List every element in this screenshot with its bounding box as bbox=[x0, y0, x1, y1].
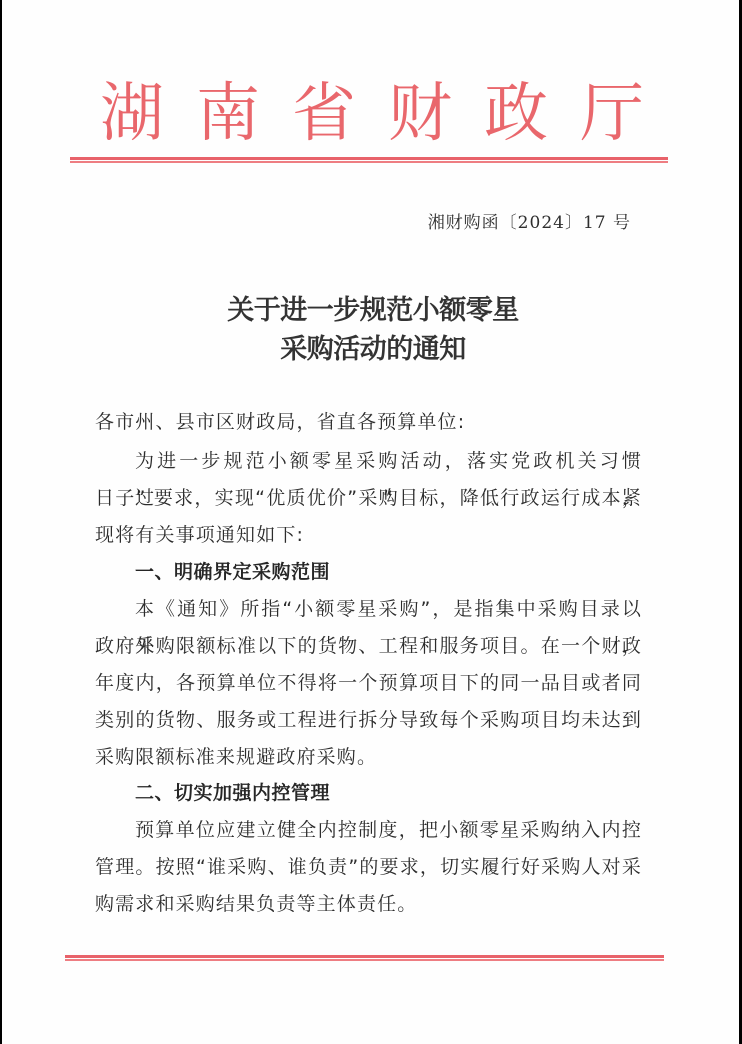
rule-thin-line bbox=[65, 959, 664, 961]
paragraph-line: 预算单位应建立健全内控制度，把小额零星采购纳入内控 bbox=[95, 812, 642, 849]
paragraph-line: 管理。按照“谁采购、谁负责”的要求，切实履行好采购人对采 bbox=[95, 849, 642, 886]
document-page: 湖 南 省 财 政 厅 湘财购函〔2024〕17 号 关于进一步规范小额零星 采… bbox=[0, 0, 742, 1044]
letterhead-char: 南 bbox=[188, 74, 268, 154]
intro-paragraph: 为进一步规范小额零星采购活动，落实党政机关习惯过“紧 日子” 要求，实现“优质优… bbox=[95, 443, 642, 554]
rule-thin-line bbox=[70, 161, 668, 163]
letterhead-char: 政 bbox=[476, 74, 556, 154]
letterhead-char: 湖 bbox=[92, 74, 172, 154]
letterhead-red-rule bbox=[70, 157, 668, 163]
document-title-line-1: 关于进一步规范小额零星 bbox=[2, 288, 742, 327]
document-title-line-2: 采购活动的通知 bbox=[2, 327, 742, 366]
paragraph-line: 类别的货物、服务或工程进行拆分导致每个采购项目均未达到 bbox=[95, 702, 642, 739]
section-heading-2: 二、切实加强内控管理 bbox=[135, 775, 330, 812]
paragraph-line: 本《通知》所指“小额零星采购”，是指集中采购目录以外， bbox=[95, 591, 642, 628]
salutation-text: 各市州、县市区财政局，省直各预算单位: bbox=[95, 404, 642, 441]
rule-thick-line bbox=[70, 157, 668, 160]
paragraph-line: 现将有关事项通知如下: bbox=[95, 517, 642, 554]
paragraph-line: 为进一步规范小额零星采购活动，落实党政机关习惯过“紧 bbox=[95, 443, 642, 480]
section-2-paragraph: 预算单位应建立健全内控制度，把小额零星采购纳入内控 管理。按照“谁采购、谁负责”… bbox=[95, 812, 642, 923]
section-heading-1: 一、明确界定采购范围 bbox=[135, 554, 330, 591]
letterhead-char: 财 bbox=[380, 74, 460, 154]
paragraph-line: 年度内，各预算单位不得将一个预算项目下的同一品目或者同 bbox=[95, 665, 642, 702]
salutation: 各市州、县市区财政局，省直各预算单位: bbox=[95, 404, 642, 441]
document-number: 湘财购函〔2024〕17 号 bbox=[428, 208, 631, 233]
rule-thick-line bbox=[65, 955, 664, 958]
letterhead-char: 省 bbox=[284, 74, 364, 154]
letterhead-char: 厅 bbox=[572, 74, 652, 154]
footer-red-rule bbox=[65, 955, 664, 961]
paragraph-line: 采购限额标准来规避政府采购。 bbox=[95, 739, 642, 776]
paragraph-line: 政府采购限额标准以下的货物、工程和服务项目。在一个财政 bbox=[95, 628, 642, 665]
section-1-paragraph: 本《通知》所指“小额零星采购”，是指集中采购目录以外， 政府采购限额标准以下的货… bbox=[95, 591, 642, 776]
paragraph-line: 日子” 要求，实现“优质优价”采购目标，降低行政运行成本， bbox=[95, 480, 642, 517]
paragraph-line: 购需求和采购结果负责等主体责任。 bbox=[95, 886, 642, 923]
letterhead-title: 湖 南 省 财 政 厅 bbox=[92, 74, 652, 154]
